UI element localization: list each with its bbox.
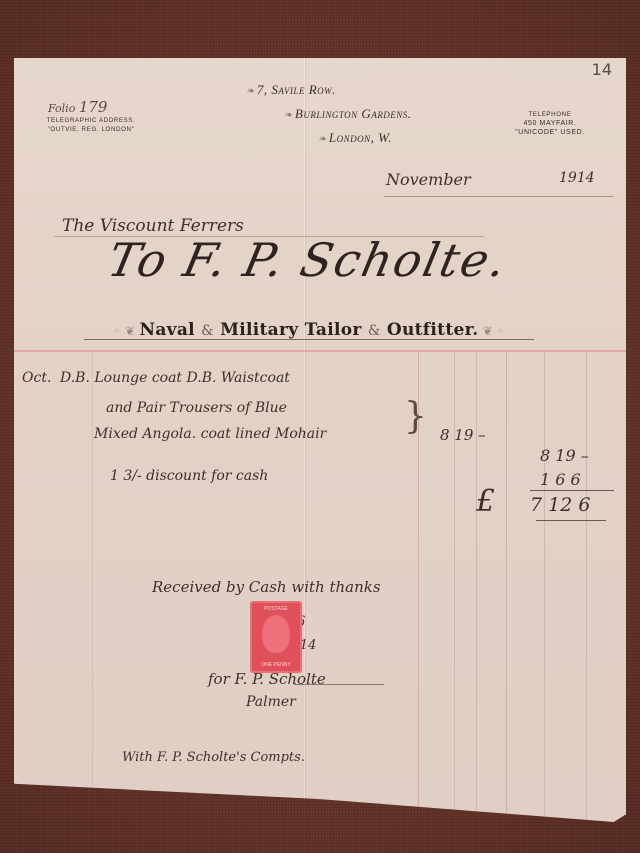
discount-amount: 1 6 6 xyxy=(540,470,581,489)
trade-tailor: Tailor xyxy=(305,320,362,340)
trade-amp-2: & xyxy=(368,323,381,339)
item-line-1: D.B. Lounge coat D.B. Waistcoat xyxy=(60,370,290,386)
ruling-column-5 xyxy=(544,352,545,822)
scroll-ornament-icon: ❧ xyxy=(246,86,255,97)
left-ornament-icon: ◦ ❦ xyxy=(114,324,140,338)
date-year: 1914 xyxy=(559,170,595,186)
address-text-2: Burlington Gardens. xyxy=(295,106,412,121)
code-used: "Unicode" Used. xyxy=(502,128,598,137)
trade-military: Military xyxy=(220,320,298,340)
address-text-3: London, W. xyxy=(329,130,392,145)
ruling-column-2 xyxy=(454,352,455,822)
receipt-text: Received by Cash with thanks xyxy=(152,578,381,596)
currency-symbol: £ xyxy=(476,484,495,519)
telephone-label: Telephone xyxy=(502,110,598,119)
folio-number: Folio 179 xyxy=(48,98,146,116)
receipt-signed-for: for F. P. Scholte xyxy=(208,670,326,688)
firm-title: To F. P. Scholte. xyxy=(103,233,512,287)
trade-amp-1: & xyxy=(201,323,214,339)
telegraphic-address: "Outvie, Reg. London" xyxy=(36,125,146,134)
ruling-column-6 xyxy=(586,352,587,822)
address-text-1: 7, Savile Row. xyxy=(257,82,336,97)
trade-outfitter: Outfitter. xyxy=(387,320,479,340)
scroll-ornament-icon: ❧ xyxy=(284,110,293,121)
date-month: November xyxy=(386,170,471,189)
item-line-2: and Pair Trousers of Blue xyxy=(106,400,287,416)
ruling-margin xyxy=(92,352,93,822)
discount-text: 1 3/- discount for cash xyxy=(110,468,268,484)
signature-line xyxy=(294,684,384,685)
receipt-signer: Palmer xyxy=(246,694,296,710)
total-amount: 7 12 6 xyxy=(530,494,590,516)
telephone-number: 450 Mayfair. xyxy=(502,119,598,128)
trade-naval: Naval xyxy=(139,320,194,340)
ruling-column-3 xyxy=(476,352,477,822)
scroll-ornament-icon: ❧ xyxy=(318,134,327,145)
king-portrait-icon xyxy=(262,615,290,653)
item-amount: 8 19 – xyxy=(440,426,486,444)
header-ruling xyxy=(14,350,626,352)
item-line-3: Mixed Angola. coat lined Mohair xyxy=(94,426,326,442)
item-month: Oct. xyxy=(22,370,51,386)
subtotal-underline xyxy=(530,490,614,491)
folio-label: Folio xyxy=(48,102,75,115)
address-line-1: ❧7, Savile Row. xyxy=(246,82,336,98)
address-line-3: ❧London, W. xyxy=(318,130,392,146)
stamp-bottom-label: ONE PENNY xyxy=(252,662,300,668)
stamp-top-label: POSTAGE xyxy=(252,606,300,612)
folio-value: 179 xyxy=(79,98,108,116)
postage-stamp: POSTAGE ONE PENNY xyxy=(252,603,300,671)
right-ornament-icon: ❦ ◦ xyxy=(479,324,505,338)
telephone-block: Telephone 450 Mayfair. "Unicode" Used. xyxy=(502,110,598,137)
page-number: 14 xyxy=(592,60,612,79)
item-brace: } xyxy=(404,396,427,437)
subtotal: 8 19 – xyxy=(540,446,589,465)
trade-line: ◦ ❦ Naval & Military Tailor & Outfitter.… xyxy=(84,320,534,340)
total-underline xyxy=(536,520,606,521)
address-line-2: ❧Burlington Gardens. xyxy=(284,106,412,122)
invoice-paper: 14 Folio 179 Telegraphic Address. "Outvi… xyxy=(14,58,626,822)
ruling-column-4 xyxy=(506,352,507,822)
folio-block: Folio 179 Telegraphic Address. "Outvie, … xyxy=(36,98,146,134)
telegraphic-label: Telegraphic Address. xyxy=(36,116,146,125)
compliments-note: With F. P. Scholte's Compts. xyxy=(122,750,305,765)
